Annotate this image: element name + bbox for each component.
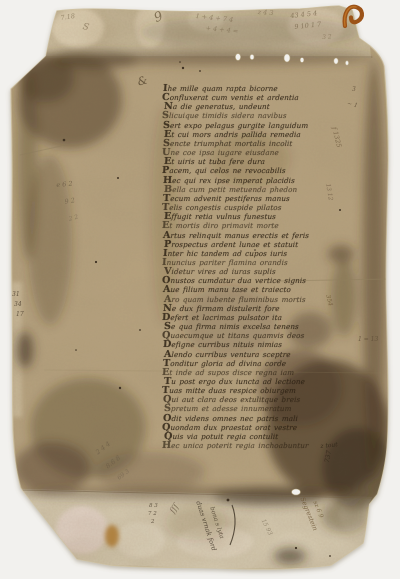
- marginal-note: z tout: [320, 441, 338, 450]
- marginal-note: 13 12: [324, 183, 334, 201]
- marginal-note: 8 3: [149, 503, 158, 509]
- marginal-note: 9: [152, 9, 165, 26]
- marginal-note: 9 2: [64, 196, 76, 206]
- marginal-note: 15 93: [260, 518, 274, 537]
- marginal-note: 43 4 5 4: [290, 9, 318, 20]
- marginal-note: 2 2: [68, 214, 79, 223]
- marginal-note: 1 + 4 + 7 4: [195, 12, 233, 24]
- marginal-note: 354: [324, 294, 334, 307]
- marginal-note: 9 10 1 7: [294, 20, 322, 31]
- marginal-note: 2 4 4: [94, 440, 112, 456]
- marginal-note: 3 2: [322, 33, 332, 41]
- marginal-note: 7 2: [148, 511, 157, 517]
- marginal-note: 17: [16, 311, 24, 318]
- marginal-note: ~ 1: [346, 100, 358, 109]
- manuscript-photograph: Ihe mille quam rapta bicorneConfluxerat …: [0, 0, 400, 579]
- marginal-note: z 4 3: [257, 8, 273, 17]
- marginal-note: 737: [323, 450, 333, 464]
- marginal-note: + 4 + 4 =: [205, 24, 239, 35]
- marginal-note: 3: [352, 86, 356, 93]
- marginal-note: S: [82, 22, 90, 33]
- marginal-note: &: [136, 73, 149, 88]
- marginal-note: 69 3: [116, 468, 131, 482]
- marginal-note: f 1325: [330, 126, 343, 148]
- marginalia-layer: 7.18S91 + 4 + 7 4+ 4 + 4 =z 4 343 4 5 49…: [0, 0, 400, 579]
- marginal-note: 2: [151, 519, 155, 525]
- marginal-note: 31: [12, 291, 20, 298]
- marginal-note: 1 = 13: [358, 336, 378, 343]
- marginal-note: 34: [14, 301, 22, 308]
- marginal-note: ſſſ: [168, 502, 180, 514]
- marginal-note: 8.6 8: [104, 454, 122, 470]
- marginal-note: e 6 2: [56, 180, 73, 189]
- marginal-note: 7.18: [60, 12, 75, 22]
